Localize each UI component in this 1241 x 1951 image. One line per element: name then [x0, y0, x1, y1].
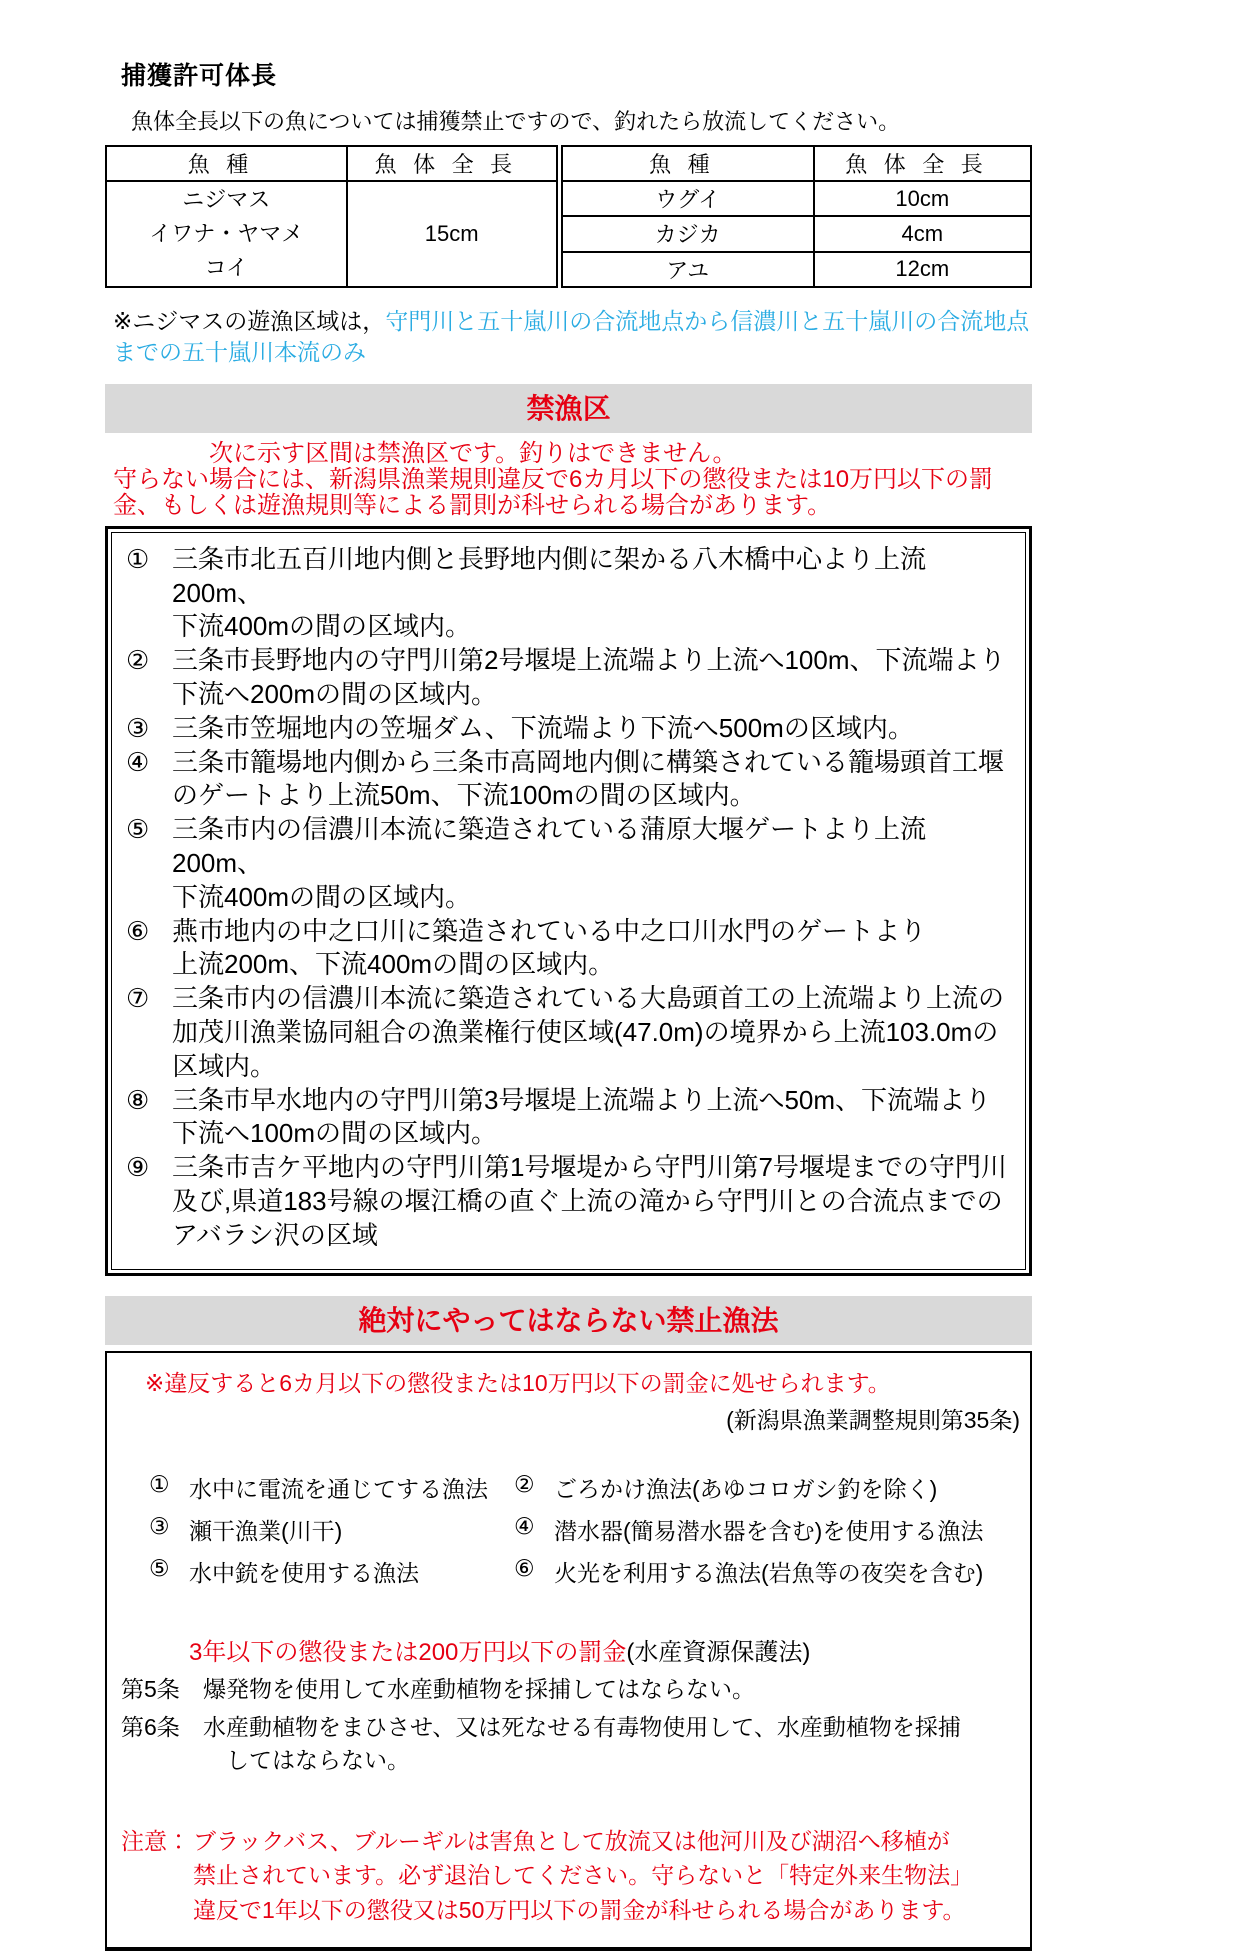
no-fishing-warning-1: 次に示す区間は禁漁区です。釣りはできません。 [209, 441, 1032, 467]
length-ugui: 10cm [814, 181, 1031, 216]
method-item: ② ごろかけ漁法(あゆコロガシ釣を除く) [514, 1471, 1030, 1504]
method-text: 水中に電流を通じてする漁法 [189, 1471, 488, 1504]
length-left-cell: 15cm [347, 181, 560, 287]
page-title: 捕獲許可体長 [121, 56, 1032, 92]
method-item: ⑤ 水中銃を使用する漁法 [149, 1555, 514, 1588]
no-fishing-banner: 禁漁区 [105, 384, 1032, 433]
length-kajika: 4cm [814, 216, 1031, 251]
caution-label: 注意： [121, 1824, 193, 1928]
caution-note: 注意： ブラックバス、ブルーギルは害魚として放流又は他河川及び湖沼へ移植が 禁止… [121, 1824, 1030, 1928]
zone-item-number: ④ [126, 746, 172, 814]
zone-item-number: ② [126, 644, 172, 712]
article-text: 水産動植物をまひさせ、又は死なせる有毒物使用して、水産動植物を採捕 してはならな… [203, 1711, 961, 1778]
size-limit-table: 魚種 魚体全長 魚種 魚体全長 ニジマス イワナ・ヤマメ コイ 15cm ウグイ… [105, 145, 1032, 288]
method-item: ③ 瀬干漁業(川干) [149, 1513, 514, 1546]
note-prefix: ※ニジマスの遊漁区域は， [113, 308, 385, 334]
prohibited-warning: ※違反すると6カ月以下の懲役または10万円以下の罰金に処せられます。 [145, 1365, 1030, 1398]
col-header-length-right: 魚体全長 [814, 146, 1031, 181]
zone-item-number: ⑦ [126, 982, 172, 1083]
species-group-cell: ニジマス イワナ・ヤマメ コイ [106, 181, 347, 287]
method-text: 潜水器(簡易潜水器を含む)を使用する漁法 [554, 1513, 983, 1546]
zone-item-text: 三条市内の信濃川本流に築造されている蒲原大堰ゲートより上流200m、 下流400… [172, 813, 1013, 914]
article-item: 第6条 水産動植物をまひさせ、又は死なせる有毒物使用して、水産動植物を採捕 して… [121, 1711, 1030, 1778]
prohibited-methods-banner: 絶対にやってはならない禁止漁法 [105, 1296, 1032, 1345]
zone-item-number: ⑨ [126, 1151, 172, 1252]
article-item: 第5条 爆発物を使用して水産動植物を採捕してはならない。 [121, 1673, 1030, 1706]
species-nijimasu: ニジマス [109, 183, 344, 217]
no-fishing-zones-box: ① 三条市北五百川地内側と長野地内側に架かる八木橋中心より上流200m、 下流4… [105, 526, 1032, 1276]
zone-list: ① 三条市北五百川地内側と長野地内側に架かる八木橋中心より上流200m、 下流4… [111, 532, 1026, 1270]
method-number: ④ [514, 1513, 554, 1546]
zone-item: ⑨ 三条市吉ケ平地内の守門川第1号堰堤から守門川第7号堰堤までの守門川 及び,県… [126, 1151, 1013, 1252]
col-header-species-right: 魚種 [559, 146, 813, 181]
nijimasu-area-note: ※ニジマスの遊漁区域は，守門川と五十嵐川の合流地点から信濃川と五十嵐川の合流地点… [113, 306, 1032, 368]
caution-text: ブラックバス、ブルーギルは害魚として放流又は他河川及び湖沼へ移植が 禁止されてい… [193, 1824, 973, 1928]
method-text: 水中銃を使用する漁法 [189, 1555, 419, 1588]
zone-item-text: 三条市早水地内の守門川第3号堰堤上流端より上流へ50m、下流端より 下流へ100… [172, 1084, 991, 1152]
method-item: ④ 潜水器(簡易潜水器を含む)を使用する漁法 [514, 1513, 1030, 1546]
method-list: ① 水中に電流を通じてする漁法 ② ごろかけ漁法(あゆコロガシ釣を除く) ③ 瀬… [149, 1471, 1030, 1588]
zone-item-text: 三条市長野地内の守門川第2号堰堤上流端より上流へ100m、下流端より 下流へ20… [172, 644, 1006, 712]
zone-item: ① 三条市北五百川地内側と長野地内側に架かる八木橋中心より上流200m、 下流4… [126, 543, 1013, 644]
article-list: 第5条 爆発物を使用して水産動植物を採捕してはならない。 第6条 水産動植物をま… [121, 1673, 1030, 1778]
zone-item: ⑧ 三条市早水地内の守門川第3号堰堤上流端より上流へ50m、下流端より 下流へ1… [126, 1084, 1013, 1152]
zone-item-text: 三条市内の信濃川本流に築造されている大島頭首工の上流端より上流の 加茂川漁業協同… [172, 982, 1004, 1083]
penalty-law: (水産資源保護法) [626, 1639, 810, 1666]
article-number: 第5条 [121, 1673, 185, 1706]
species-kajika: カジカ [559, 216, 813, 251]
zone-item-number: ① [126, 543, 172, 644]
col-header-species-left: 魚種 [106, 146, 347, 181]
method-text: ごろかけ漁法(あゆコロガシ釣を除く) [554, 1471, 937, 1504]
col-header-length-left: 魚体全長 [347, 146, 560, 181]
method-number: ③ [149, 1513, 189, 1546]
article-number: 第6条 [121, 1711, 185, 1778]
method-number: ② [514, 1471, 554, 1504]
method-number: ⑤ [149, 1555, 189, 1588]
zone-item-text: 三条市吉ケ平地内の守門川第1号堰堤から守門川第7号堰堤までの守門川 及び,県道1… [172, 1151, 1007, 1252]
zone-item: ⑤ 三条市内の信濃川本流に築造されている蒲原大堰ゲートより上流200m、 下流4… [126, 813, 1013, 914]
method-number: ⑥ [514, 1555, 554, 1588]
document-page: 捕獲許可体長 魚体全長以下の魚については捕獲禁止ですので、釣れたら放流してくださ… [0, 0, 1241, 1951]
zone-item-number: ⑤ [126, 813, 172, 914]
zone-item-text: 三条市笠堀地内の笠堀ダム、下流端より下流へ500mの区域内。 [172, 712, 914, 746]
method-item: ⑥ 火光を利用する漁法(岩魚等の夜突を含む) [514, 1555, 1030, 1588]
length-ayu: 12cm [814, 252, 1031, 287]
zone-item: ④ 三条市籠場地内側から三条市高岡地内側に構築されている籠場頭首工堰 のゲートよ… [126, 746, 1013, 814]
method-number: ① [149, 1471, 189, 1504]
method-text: 瀬干漁業(川干) [189, 1513, 342, 1546]
species-koi: コイ [109, 251, 344, 285]
zone-item-number: ⑧ [126, 1084, 172, 1152]
zone-item-text: 三条市籠場地内側から三条市高岡地内側に構築されている籠場頭首工堰 のゲートより上… [172, 746, 1004, 814]
zone-item: ② 三条市長野地内の守門川第2号堰堤上流端より上流へ100m、下流端より 下流へ… [126, 644, 1013, 712]
penalty-text: 3年以下の懲役または200万円以下の罰金 [189, 1639, 626, 1666]
method-item: ① 水中に電流を通じてする漁法 [149, 1471, 514, 1504]
zone-item-number: ⑥ [126, 915, 172, 983]
table-row: ニジマス イワナ・ヤマメ コイ 15cm ウグイ 10cm [106, 181, 1031, 216]
prohibited-methods-box: ※違反すると6カ月以下の懲役または10万円以下の罰金に処せられます。 (新潟県漁… [105, 1351, 1032, 1951]
zone-item-text: 燕市地内の中之口川に築造されている中之口川水門のゲートより 上流200m、下流4… [172, 915, 926, 983]
penalty-line: 3年以下の懲役または200万円以下の罰金(水産資源保護法) [189, 1632, 1030, 1667]
species-ayu: アユ [559, 252, 813, 287]
document-content: 捕獲許可体長 魚体全長以下の魚については捕獲禁止ですので、釣れたら放流してくださ… [105, 0, 1032, 1951]
zone-item: ③ 三条市笠堀地内の笠堀ダム、下流端より下流へ500mの区域内。 [126, 712, 1013, 746]
article-text: 爆発物を使用して水産動植物を採捕してはならない。 [203, 1673, 755, 1706]
zone-item: ⑦ 三条市内の信濃川本流に築造されている大島頭首工の上流端より上流の 加茂川漁業… [126, 982, 1013, 1083]
zone-item-number: ③ [126, 712, 172, 746]
law-reference: (新潟県漁業調整規則第35条) [107, 1402, 1020, 1435]
zone-item: ⑥ 燕市地内の中之口川に築造されている中之口川水門のゲートより 上流200m、下… [126, 915, 1013, 983]
zone-item-text: 三条市北五百川地内側と長野地内側に架かる八木橋中心より上流200m、 下流400… [172, 543, 1013, 644]
species-ugui: ウグイ [559, 181, 813, 216]
table-header-row: 魚種 魚体全長 魚種 魚体全長 [106, 146, 1031, 181]
intro-text: 魚体全長以下の魚については捕獲禁止ですので、釣れたら放流してください。 [131, 105, 1032, 136]
method-text: 火光を利用する漁法(岩魚等の夜突を含む) [554, 1555, 983, 1588]
no-fishing-warning-2: 守らない場合には、新潟県漁業規則違反で6カ月以下の懲役または10万円以下の罰 金… [113, 467, 1032, 520]
species-iwana-yamame: イワナ・ヤマメ [109, 217, 344, 251]
